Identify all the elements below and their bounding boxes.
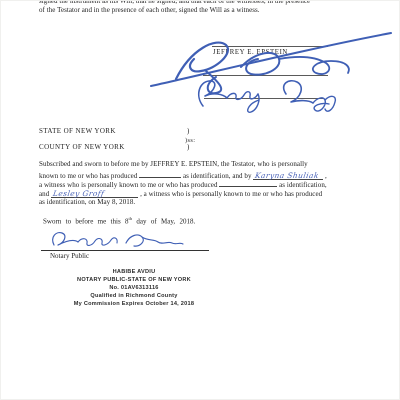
venue-state: STATE OF NEW YORK xyxy=(39,127,116,136)
jurat-line-4-post: , a witness who is personally known to m… xyxy=(140,190,322,198)
venue-county: COUNTY OF NEW YORK xyxy=(39,143,125,152)
jurat-line-4: and Lesley Groff , a witness who is pers… xyxy=(39,189,322,199)
stamp-office: NOTARY PUBLIC-STATE OF NEW YORK xyxy=(51,276,217,284)
sworn-line: Sworn to before me this 8th day of May, … xyxy=(43,214,195,226)
notary-stamp: HABIBE AVDIU NOTARY PUBLIC-STATE OF NEW … xyxy=(51,268,217,308)
sworn-pre: Sworn to before me this 8 xyxy=(43,217,129,225)
stamp-number: No. 01AV6313116 xyxy=(51,284,217,292)
stamp-name: HABIBE AVDIU xyxy=(51,268,217,276)
will-attestation-page: signed the instrument as his Will, that … xyxy=(0,0,400,400)
jurat-line-5: as identification, on May 8, 2018. xyxy=(39,198,135,207)
attestation-line-2: of the Testator and in the presence of e… xyxy=(39,6,260,15)
jurat-line-1: Subscribed and sworn to before me by JEF… xyxy=(39,160,308,169)
notary-title: Notary Public xyxy=(50,252,89,261)
groff-signature xyxy=(191,76,341,116)
witness2-name-handwritten: Lesley Groff xyxy=(51,189,138,198)
stamp-expiry: My Commission Expires October 14, 2018 xyxy=(51,300,217,308)
id-blank-witness1 xyxy=(219,179,277,187)
venue-paren-bottom: ) xyxy=(187,143,190,152)
jurat-line-4-pre: and xyxy=(39,190,49,198)
id-blank-testator xyxy=(139,170,181,178)
avdiu-signature xyxy=(46,229,186,251)
stamp-qualified: Qualified in Richmond County xyxy=(51,292,217,300)
sworn-post: day of May, 2018. xyxy=(132,217,195,225)
